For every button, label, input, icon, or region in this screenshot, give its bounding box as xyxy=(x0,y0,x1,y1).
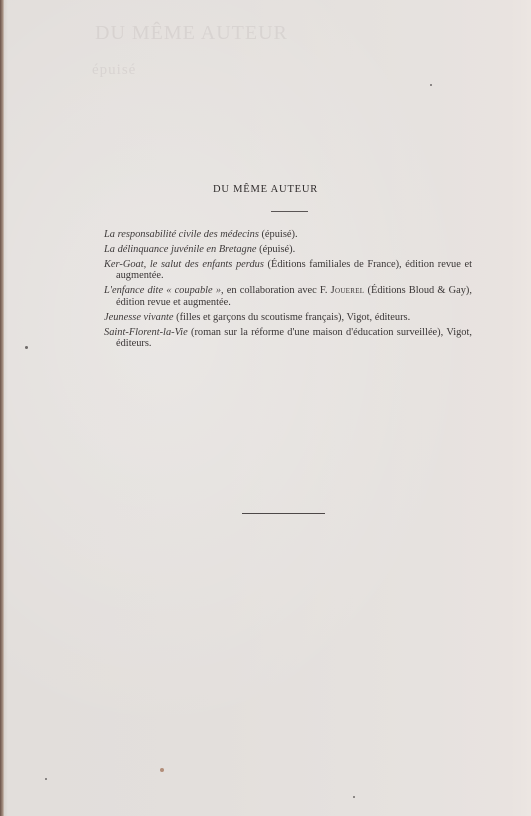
paper-speck xyxy=(25,346,28,349)
work-entry: L'enfance dite « coupable », en collabor… xyxy=(104,285,472,308)
binding-edge xyxy=(0,0,4,816)
show-through-text: DU MÊME AUTEUR xyxy=(95,22,288,45)
work-title: La responsabilité civile des médecins xyxy=(104,229,259,240)
work-title: La délinquance juvénile en Bretagne xyxy=(104,244,257,255)
show-through-text: épuisé xyxy=(92,62,136,79)
paper-speck xyxy=(353,796,355,798)
work-entry: Jeunesse vivante (filles et garçons du s… xyxy=(104,312,472,324)
work-entry: La délinquance juvénile en Bretagne (épu… xyxy=(104,244,472,256)
work-note: (filles et garçons du scoutisme français… xyxy=(174,312,411,323)
closing-rule xyxy=(242,513,325,514)
collaborator-name: Jouerel xyxy=(331,285,365,296)
work-title: Ker-Goat, le salut des enfants perdus xyxy=(104,259,264,270)
page-heading: DU MÊME AUTEUR xyxy=(0,184,531,195)
heading-rule xyxy=(271,211,308,212)
works-list: La responsabilité civile des médecins (é… xyxy=(104,229,472,353)
work-title: Saint-Florent-la-Vie xyxy=(104,327,188,338)
work-note: (épuisé). xyxy=(259,229,298,240)
paper-speck xyxy=(160,768,164,772)
work-note: , en collaboration avec F. xyxy=(221,285,331,296)
work-entry: Ker-Goat, le salut des enfants perdus (É… xyxy=(104,259,472,282)
work-entry: La responsabilité civile des médecins (é… xyxy=(104,229,472,241)
work-note: (épuisé). xyxy=(257,244,296,255)
book-page: DU MÊME AUTEUR épuisé DU MÊME AUTEUR La … xyxy=(0,0,531,816)
work-title: Jeunesse vivante xyxy=(104,312,174,323)
work-title: L'enfance dite « coupable » xyxy=(104,285,221,296)
work-entry: Saint-Florent-la-Vie (roman sur la réfor… xyxy=(104,327,472,350)
paper-speck xyxy=(45,778,47,780)
paper-speck xyxy=(430,84,432,86)
